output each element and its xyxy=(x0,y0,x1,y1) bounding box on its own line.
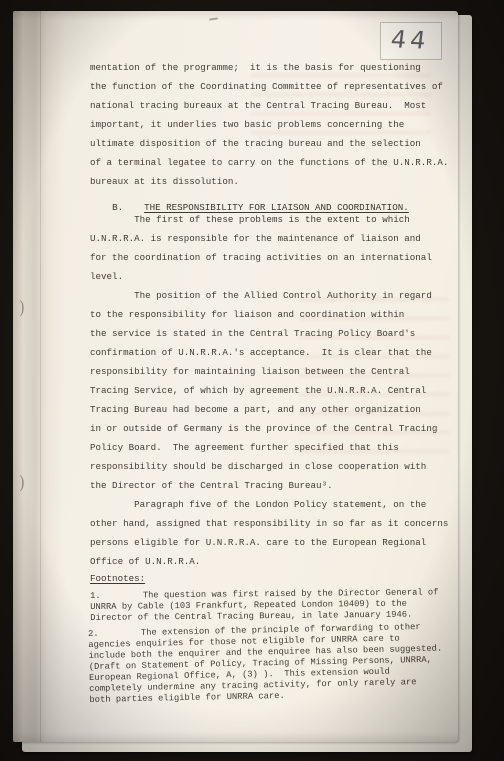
text-line: level. xyxy=(90,267,432,286)
document-page: 44 ) ) mentation of the programme; it is… xyxy=(13,11,458,742)
page-number-box: 44 xyxy=(380,22,442,60)
binding-crease xyxy=(40,11,41,742)
text-line: the Director of the Central Tracing Bure… xyxy=(90,476,437,495)
text-line: Paragraph five of the London Policy stat… xyxy=(90,495,448,514)
text-line: important, it underlies two basic proble… xyxy=(90,115,448,134)
text-line: U.N.R.R.A. is responsible for the mainte… xyxy=(90,229,432,248)
text-line: other hand, assigned that responsibility… xyxy=(90,514,448,533)
text-line: bureaux at its dissolution. xyxy=(90,172,448,191)
paragraph-continuation: mentation of the programme; it is the ba… xyxy=(90,58,448,191)
margin-mark-bottom: ) xyxy=(19,473,25,494)
text-line: responsibility should be discharged in c… xyxy=(90,457,437,476)
text-line: The position of the Allied Control Autho… xyxy=(90,286,437,305)
text-line: national tracing bureaux at the Central … xyxy=(90,96,448,115)
text-line: confirmation of U.N.R.R.A.'s acceptance.… xyxy=(90,343,437,362)
footnotes-heading: Footnotes: xyxy=(90,573,145,584)
text-line: Office of U.N.R.R.A. xyxy=(90,552,448,571)
margin-mark-top: ) xyxy=(19,298,25,319)
paragraph-london-policy: Paragraph five of the London Policy stat… xyxy=(90,495,448,571)
text-line: mentation of the programme; it is the ba… xyxy=(90,58,448,77)
text-line: in or outside of Germany is the province… xyxy=(90,419,437,438)
page-number-handwritten: 44 xyxy=(389,25,431,54)
text-line: The first of these problems is the exten… xyxy=(90,210,432,229)
text-line: responsibility for maintaining liaison b… xyxy=(90,362,437,381)
text-line: to the responsibility for liaison and co… xyxy=(90,305,437,324)
footnote-2: 2. The extension of the principle of for… xyxy=(88,622,443,706)
text-line: Policy Board. The agreement further spec… xyxy=(90,438,437,457)
text-line: Tracing Bureau had become a part, and an… xyxy=(90,400,437,419)
text-line: ultimate disposition of the tracing bure… xyxy=(90,134,448,153)
text-line: the service is stated in the Central Tra… xyxy=(90,324,437,343)
text-line: Tracing Service, of which by agreement t… xyxy=(90,381,437,400)
footnote-1: 1. The question was first raised by the … xyxy=(90,587,439,624)
text-line: the function of the Coordinating Committ… xyxy=(90,77,448,96)
text-line: for the coordination of tracing activiti… xyxy=(90,248,432,267)
text-line: persons eligible for U.N.R.R.A. care to … xyxy=(90,533,448,552)
paragraph-first-problem: The first of these problems is the exten… xyxy=(90,210,432,286)
text-line: of a terminal legatee to carry on the fu… xyxy=(90,153,448,172)
smudge-mark xyxy=(209,17,218,20)
paragraph-allied-control: The position of the Allied Control Autho… xyxy=(90,286,437,495)
